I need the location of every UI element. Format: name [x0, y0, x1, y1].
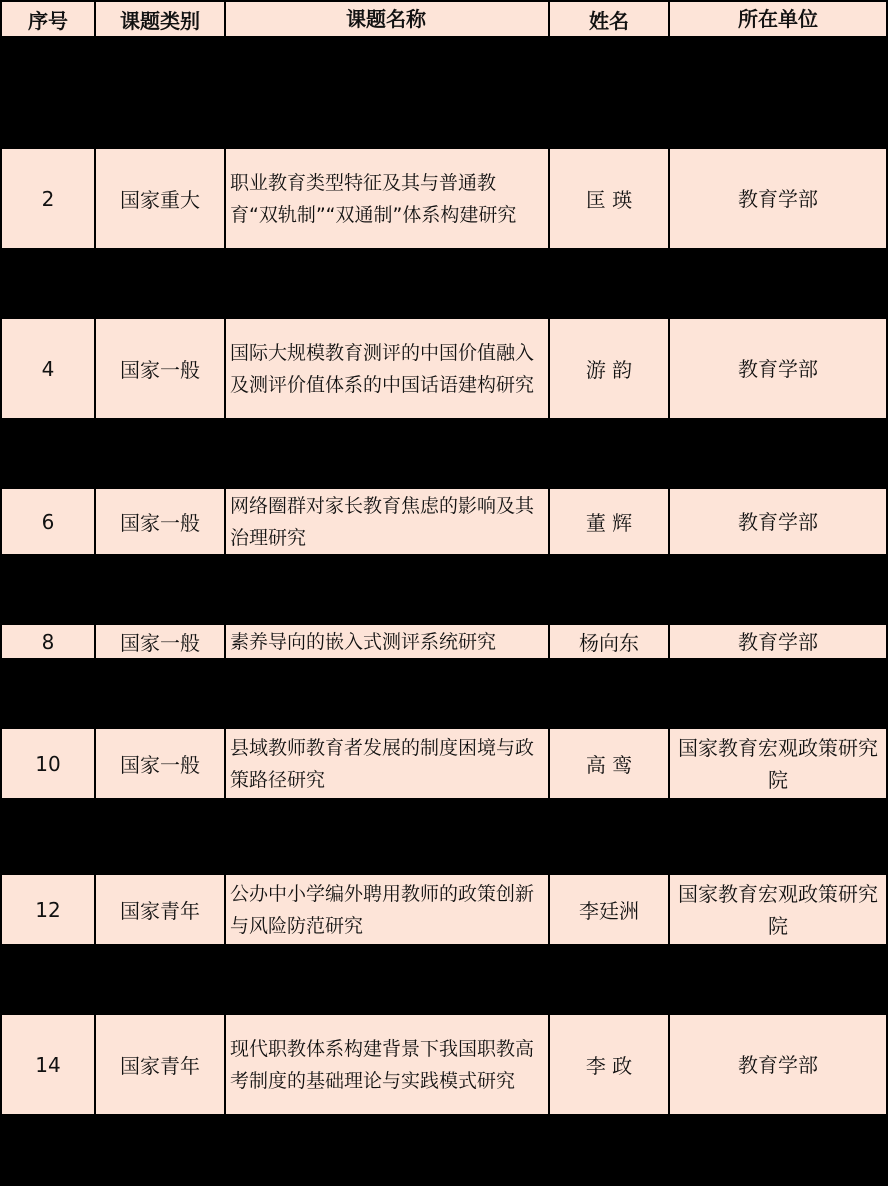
row-category: 国家青年	[96, 1015, 224, 1114]
row-name: 董 辉	[550, 489, 668, 554]
header-name: 姓名	[550, 2, 668, 36]
row-index: 14	[2, 1015, 94, 1114]
row-category: 国家一般	[96, 625, 224, 658]
table-row: 14 国家青年 现代职教体系构建背景下我国职教高考制度的基础理论与实践模式研究 …	[0, 1015, 888, 1114]
row-category: 国家一般	[96, 489, 224, 554]
row-index: 12	[2, 875, 94, 944]
table-header: 序号 课题类别 课题名称 姓名 所在单位	[0, 2, 888, 36]
row-title: 网络圈群对家长教育焦虑的影响及其治理研究	[226, 489, 548, 554]
header-unit: 所在单位	[670, 2, 886, 36]
row-index: 6	[2, 489, 94, 554]
row-name: 高 鸾	[550, 729, 668, 798]
row-name: 李 政	[550, 1015, 668, 1114]
row-index: 4	[2, 319, 94, 418]
row-unit: 国家教育宏观政策研究院	[670, 729, 886, 798]
header-title: 课题名称	[226, 2, 548, 36]
table-row: 4 国家一般 国际大规模教育测评的中国价值融入及测评价值体系的中国话语建构研究 …	[0, 319, 888, 418]
row-index: 2	[2, 149, 94, 248]
row-unit: 教育学部	[670, 489, 886, 554]
row-name: 游 韵	[550, 319, 668, 418]
row-name: 匡 瑛	[550, 149, 668, 248]
row-title: 素养导向的嵌入式测评系统研究	[226, 625, 548, 658]
header-category: 课题类别	[96, 2, 224, 36]
row-unit: 教育学部	[670, 1015, 886, 1114]
table-row: 12 国家青年 公办中小学编外聘用教师的政策创新与风险防范研究 李廷洲 国家教育…	[0, 875, 888, 944]
table-row: 8 国家一般 素养导向的嵌入式测评系统研究 杨向东 教育学部	[0, 625, 888, 658]
row-title: 公办中小学编外聘用教师的政策创新与风险防范研究	[226, 875, 548, 944]
row-index: 8	[2, 625, 94, 658]
row-category: 国家重大	[96, 149, 224, 248]
row-unit: 国家教育宏观政策研究院	[670, 875, 886, 944]
row-index: 10	[2, 729, 94, 798]
header-index: 序号	[2, 2, 94, 36]
row-category: 国家青年	[96, 875, 224, 944]
table-row: 10 国家一般 县域教师教育者发展的制度困境与政策路径研究 高 鸾 国家教育宏观…	[0, 729, 888, 798]
row-unit: 教育学部	[670, 149, 886, 248]
row-title: 职业教育类型特征及其与普通教育“双轨制”“双通制”体系构建研究	[226, 149, 548, 248]
row-title: 县域教师教育者发展的制度困境与政策路径研究	[226, 729, 548, 798]
row-unit: 教育学部	[670, 625, 886, 658]
row-name: 杨向东	[550, 625, 668, 658]
row-name: 李廷洲	[550, 875, 668, 944]
row-category: 国家一般	[96, 319, 224, 418]
row-category: 国家一般	[96, 729, 224, 798]
row-unit: 教育学部	[670, 319, 886, 418]
table-row: 2 国家重大 职业教育类型特征及其与普通教育“双轨制”“双通制”体系构建研究 匡…	[0, 149, 888, 248]
row-title: 国际大规模教育测评的中国价值融入及测评价值体系的中国话语建构研究	[226, 319, 548, 418]
row-title: 现代职教体系构建背景下我国职教高考制度的基础理论与实践模式研究	[226, 1015, 548, 1114]
table-row: 6 国家一般 网络圈群对家长教育焦虑的影响及其治理研究 董 辉 教育学部	[0, 489, 888, 554]
